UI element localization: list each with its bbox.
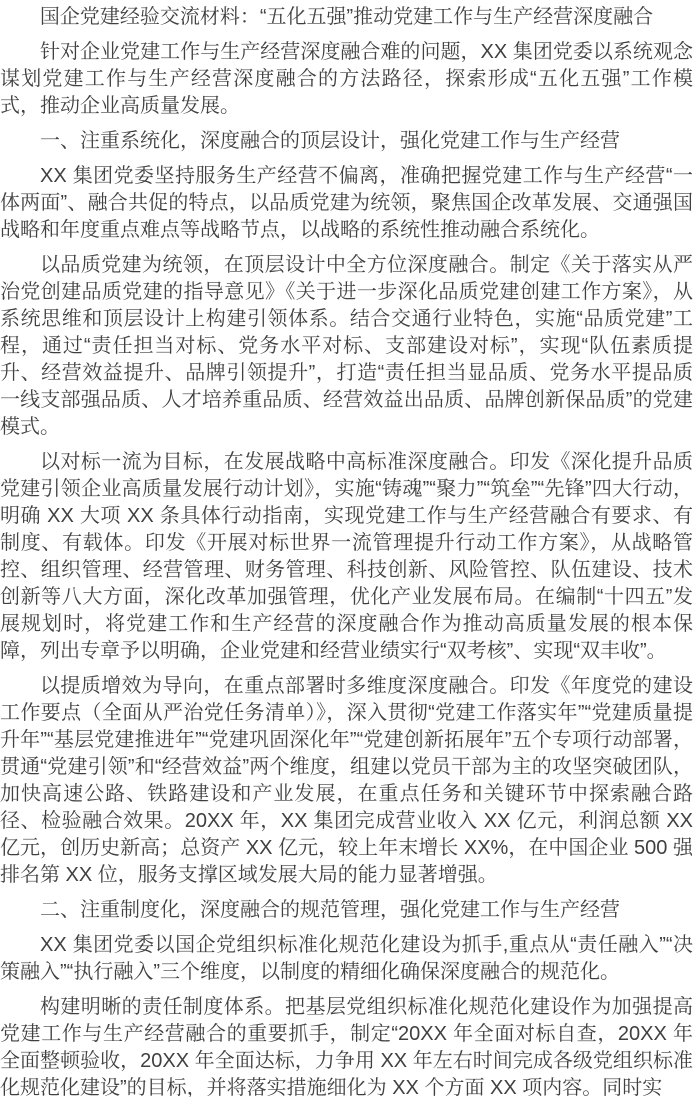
- paragraph-intro: 针对企业党建工作与生产经营深度融合难的问题，XX 集团党委以系统观念谋划党建工作…: [0, 39, 693, 120]
- paragraph: 构建明晰的责任制度体系。把基层党组织标准化规范化建设作为加强提高党建工作与生产经…: [0, 994, 693, 1097]
- document-body: 国企党建经验交流材料：“五化五强”推动党建工作与生产经营深度融合 针对企业党建工…: [0, 0, 693, 1097]
- paragraph: XX 集团党委坚持服务生产经营不偏离，准确把握党建工作与生产经营“一体两面”、融…: [0, 163, 693, 244]
- section-heading-2: 二、注重制度化，深度融合的规范管理，强化党建工作与生产经营: [0, 897, 693, 924]
- paragraph: 以提质增效为导向，在重点部署时多维度深度融合。印发《年度党的建设工作要点（全面从…: [0, 673, 693, 889]
- document-title: 国企党建经验交流材料：“五化五强”推动党建工作与生产经营深度融合: [0, 4, 693, 31]
- paragraph: XX 集团党委以国企党组织标准化规范化建设为抓手,重点从“责任融入”“决策融入”…: [0, 932, 693, 986]
- section-heading-1: 一、注重系统化，深度融合的顶层设计，强化党建工作与生产经营: [0, 128, 693, 155]
- paragraph: 以对标一流为目标，在发展战略中高标准深度融合。印发《深化提升品质党建引领企业高质…: [0, 449, 693, 665]
- paragraph: 以品质党建为统领，在顶层设计中全方位深度融合。制定《关于落实从严治党创建品质党建…: [0, 252, 693, 441]
